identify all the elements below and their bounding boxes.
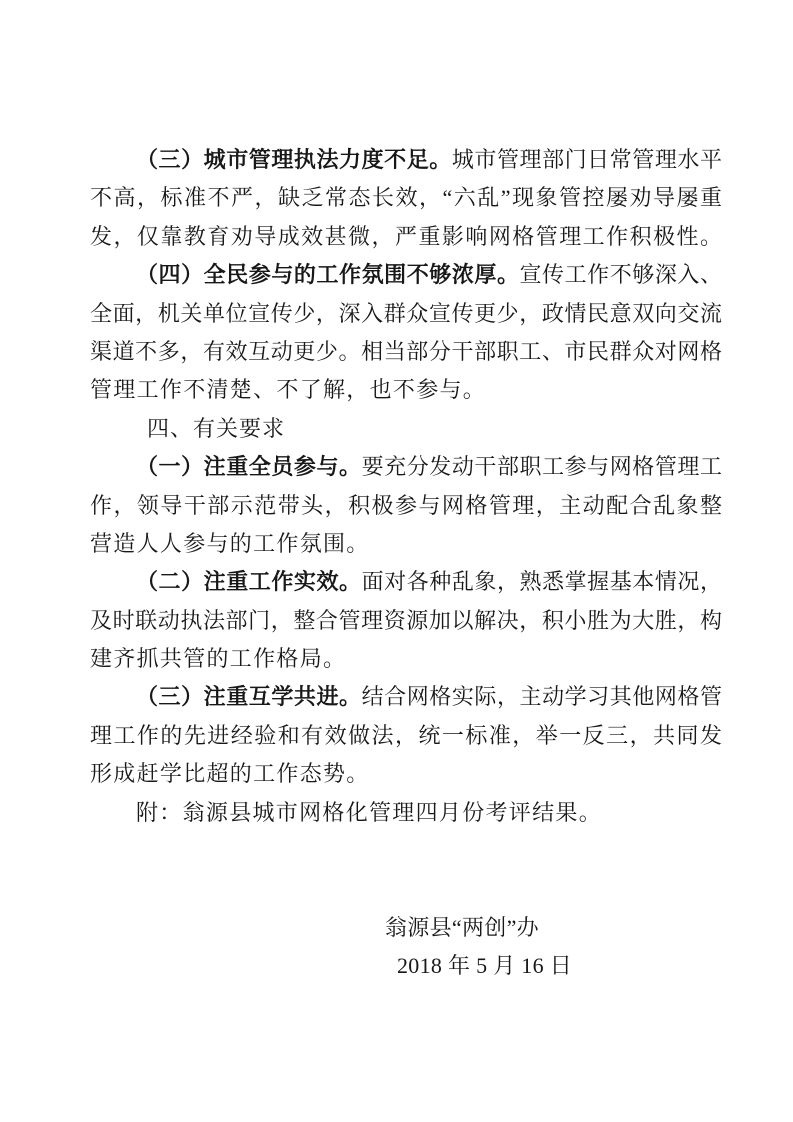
text-line: 建齐抓共管的工作格局。 (90, 640, 722, 678)
text-segment: 城市管理部门日常管理水平 (452, 147, 722, 172)
text-segment: 面对各种乱象，熟悉掌握基本情况， (362, 569, 722, 594)
text-segment: 管理工作不清楚、不了解，也不参与。 (90, 377, 486, 402)
text-segment: 建齐抓共管的工作格局。 (90, 646, 346, 671)
section-heading: 四、有关要求 (90, 410, 722, 448)
text-segment: 全面，机关单位宣传少，深入群众宣传更少，政情民意双向交流 (90, 301, 722, 326)
paragraph-lead-bold: （二）注重工作实效。 (136, 569, 362, 594)
text-segment: 要充分发动干部职工参与网格管理工 (362, 454, 722, 479)
text-segment: 渠道不多，有效互动更少。相当部分干部职工、市民群众对网格 (90, 339, 722, 364)
text-segment: 结合网格实际，主动学习其他网格管 (362, 684, 722, 709)
document-content: （三）城市管理执法力度不足。城市管理部门日常管理水平不高，标准不严，缺乏常态长效… (90, 141, 722, 986)
text-line: 理工作的先进经验和有效做法，统一标准，举一反三，共同发力， (90, 717, 722, 755)
text-line: 及时联动执法部门，整合管理资源加以解决，积小胜为大胜，构 (90, 602, 722, 640)
text-line: 全面，机关单位宣传少，深入群众宣传更少，政情民意双向交流 (90, 295, 722, 333)
paragraph-lead-bold: （三）注重互学共进。 (136, 684, 362, 709)
text-line: 形成赶学比超的工作态势。 (90, 755, 722, 793)
text-segment: 四、有关要求 (147, 416, 285, 441)
text-line: 附：翁源县城市网格化管理四月份考评结果。 (90, 794, 722, 832)
text-line: 不高，标准不严，缺乏常态长效，“六乱”现象管控屡劝导屡重 (90, 179, 722, 217)
text-segment: 及时联动执法部门，整合管理资源加以解决，积小胜为大胜，构 (90, 608, 722, 633)
text-line: （一）注重全员参与。要充分发动干部职工参与网格管理工 (90, 448, 722, 486)
text-line: （四）全民参与的工作氛围不够浓厚。宣传工作不够深入、 (90, 256, 722, 294)
paragraph-lead-bold: （一）注重全员参与。 (136, 454, 362, 479)
paragraph-lead-bold: （三）城市管理执法力度不足。 (136, 147, 452, 172)
text-segment: 不高，标准不严，缺乏常态长效，“六乱”现象管控屡劝导屡重 (90, 185, 722, 210)
document-lines: （三）城市管理执法力度不足。城市管理部门日常管理水平不高，标准不严，缺乏常态长效… (90, 141, 722, 832)
text-segment: 形成赶学比超的工作态势。 (90, 761, 370, 786)
paragraph-lead-bold: （四）全民参与的工作氛围不够浓厚。 (136, 262, 520, 287)
text-line: （二）注重工作实效。面对各种乱象，熟悉掌握基本情况， (90, 563, 722, 601)
text-line: （三）城市管理执法力度不足。城市管理部门日常管理水平 (90, 141, 722, 179)
document-page: （三）城市管理执法力度不足。城市管理部门日常管理水平不高，标准不严，缺乏常态长效… (0, 0, 793, 1122)
text-segment: 附：翁源县城市网格化管理四月份考评结果。 (136, 800, 602, 825)
text-line: 发，仅靠教育劝导成效甚微，严重影响网格管理工作积极性。 (90, 218, 722, 256)
text-segment: 发，仅靠教育劝导成效甚微，严重影响网格管理工作积极性。 (90, 224, 722, 249)
text-segment: 作，领导干部示范带头，积极参与网格管理，主动配合乱象整治， (90, 493, 722, 525)
text-segment: 理工作的先进经验和有效做法，统一标准，举一反三，共同发力， (90, 723, 722, 755)
text-line: 管理工作不清楚、不了解，也不参与。 (90, 371, 722, 409)
text-line: 营造人人参与的工作氛围。 (90, 525, 722, 563)
text-line: 作，领导干部示范带头，积极参与网格管理，主动配合乱象整治， (90, 487, 722, 525)
text-segment: 宣传工作不够深入、 (520, 262, 722, 287)
text-segment: 营造人人参与的工作氛围。 (90, 531, 370, 556)
date-line: 2018 年 5 月 16 日 (90, 947, 722, 985)
text-line: （三）注重互学共进。结合网格实际，主动学习其他网格管 (90, 678, 722, 716)
signature-line: 翁源县“两创”办 (90, 909, 722, 947)
text-line: 渠道不多，有效互动更少。相当部分干部职工、市民群众对网格 (90, 333, 722, 371)
